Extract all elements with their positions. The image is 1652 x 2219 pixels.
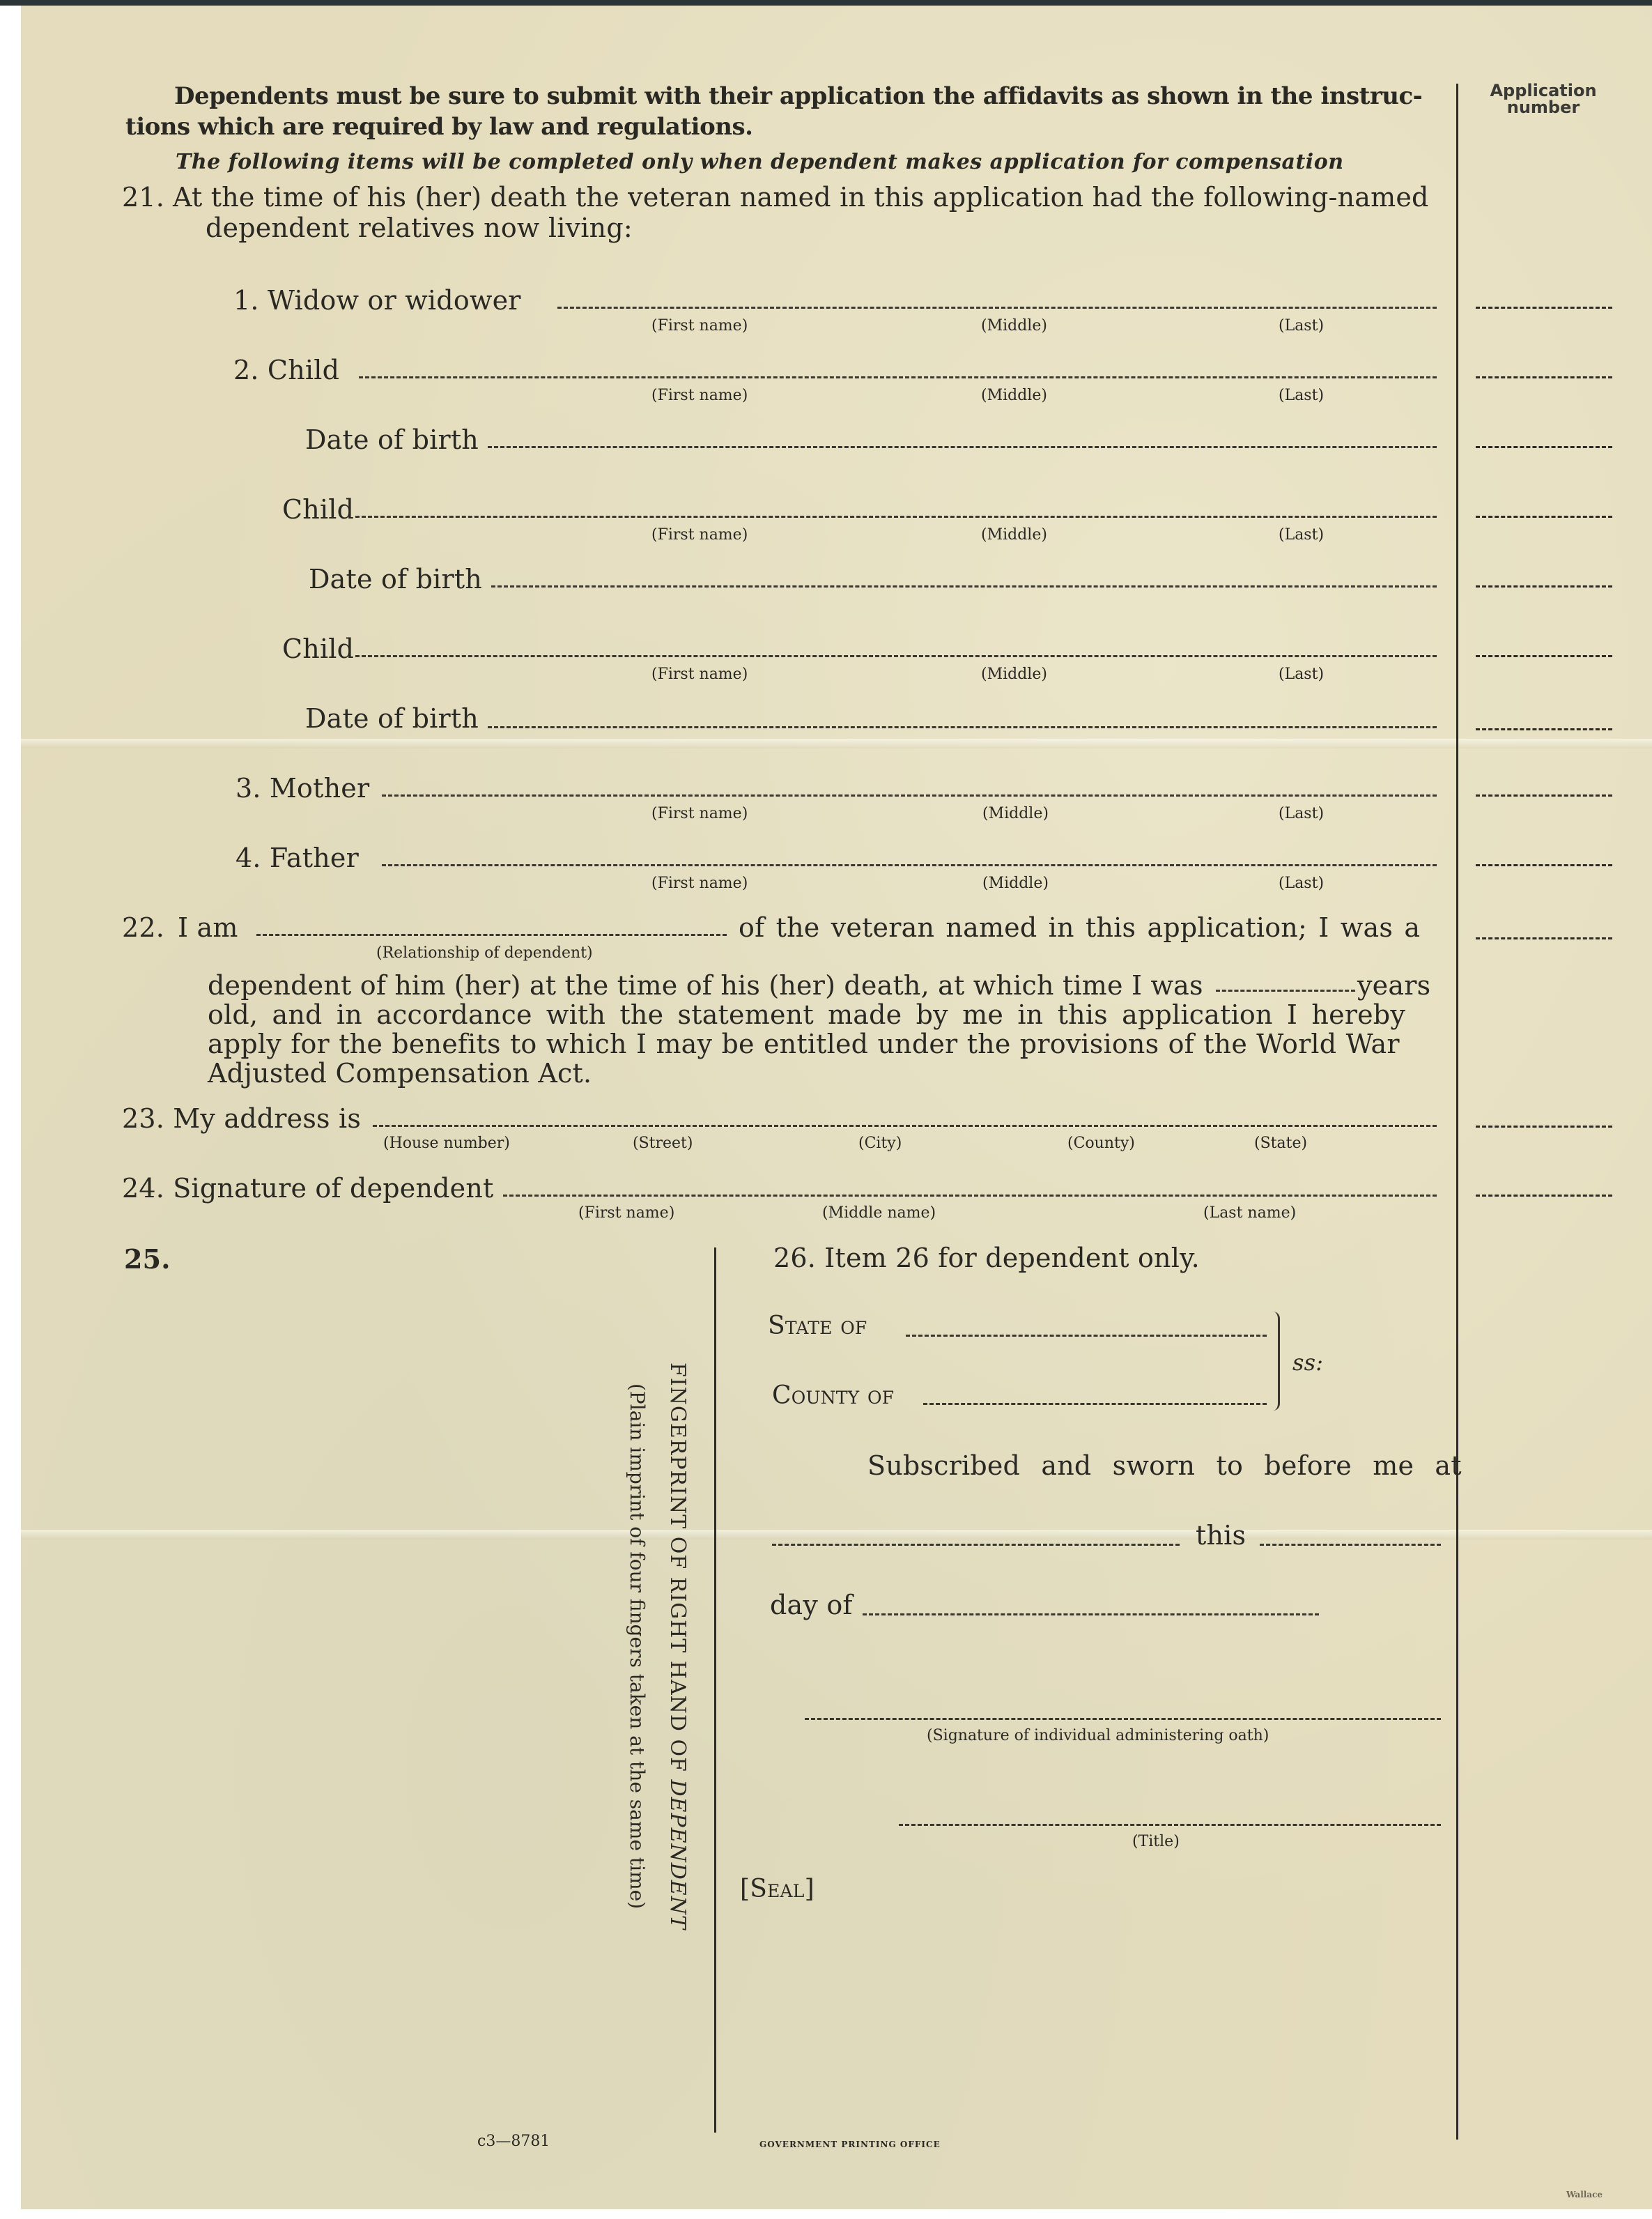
address-field[interactable] (373, 1125, 1437, 1127)
signature-of-dependent-label: 24. Signature of dependent (122, 1174, 494, 1203)
venue-bracket (1269, 1312, 1280, 1411)
first-name-hint: (First name) (651, 666, 748, 683)
item-22-text: of the veteran named in this application… (739, 913, 1420, 942)
state-hint: (State) (1254, 1135, 1307, 1152)
application-number-field-child-2[interactable] (1476, 516, 1612, 518)
application-number-field-address[interactable] (1476, 1126, 1612, 1128)
years-label: years (1357, 971, 1430, 1000)
middle-name-hint: (Middle) (981, 387, 1047, 404)
application-number-field-father[interactable] (1476, 864, 1612, 866)
application-number-field-child-1[interactable] (1476, 376, 1612, 378)
affidavit-notice-line2: tions which are required by law and regu… (125, 113, 752, 141)
application-number-field-mother[interactable] (1476, 794, 1612, 797)
application-number-field-signature[interactable] (1476, 1195, 1612, 1197)
street-hint: (Street) (633, 1135, 693, 1152)
state-of-label: State of (768, 1312, 867, 1341)
mother-label: 3. Mother (236, 774, 369, 803)
child-3-dob-label: Date of birth (305, 704, 479, 733)
last-name-hint: (Last) (1279, 526, 1324, 544)
sworn-day-field[interactable] (1260, 1544, 1441, 1546)
application-number-field-item-22[interactable] (1476, 937, 1612, 939)
city-hint: (City) (858, 1135, 902, 1152)
middle-name-hint: (Middle) (982, 805, 1049, 822)
application-number-header-line2: number (1470, 99, 1616, 116)
child-2-dob-label: Date of birth (309, 565, 482, 594)
middle-name-hint: (Middle) (981, 526, 1047, 544)
application-number-field-child-2-dob[interactable] (1476, 585, 1612, 588)
first-name-hint: (First name) (651, 317, 748, 335)
child-2-dob-field[interactable] (491, 585, 1437, 588)
item-21-text: At the time of his (her) death the veter… (173, 183, 1429, 212)
oath-administrator-signature-field[interactable] (805, 1718, 1441, 1720)
scan-top-edge (0, 0, 1652, 6)
day-of-label: day of (770, 1590, 853, 1620)
seal-label: [Seal] (740, 1875, 815, 1904)
application-number-column-divider (1456, 84, 1458, 2140)
father-label: 4. Father (236, 843, 359, 873)
child-1-name-field[interactable] (359, 376, 1437, 378)
application-number-header: Application number (1470, 82, 1616, 116)
form-code: c3—8781 (477, 2133, 550, 2150)
subscribed-sworn-text: Subscribed and sworn to before me at (867, 1451, 1462, 1480)
title-hint: (Title) (1132, 1833, 1180, 1850)
item-21-text-cont: dependent relatives now living: (206, 213, 633, 243)
item-22-line2: dependent of him (her) at the time of hi… (208, 971, 1203, 1000)
last-name-hint: (Last name) (1203, 1204, 1296, 1222)
item-22-line4: apply for the benefits to which I may be… (208, 1029, 1400, 1059)
item-25-number: 25. (124, 1245, 171, 1274)
fingerprint-area-divider (714, 1247, 716, 2133)
sworn-month-field[interactable] (863, 1613, 1319, 1615)
item-22-line5: Adjusted Compensation Act. (208, 1059, 592, 1088)
first-name-hint: (First name) (578, 1204, 674, 1222)
child-3-name-field[interactable] (355, 655, 1437, 657)
house-number-hint: (House number) (383, 1135, 510, 1152)
application-number-field-widow[interactable] (1476, 307, 1612, 309)
application-number-field-child-1-dob[interactable] (1476, 446, 1612, 448)
ss-label: ss: (1292, 1348, 1323, 1377)
child-3-dob-field[interactable] (488, 726, 1437, 728)
corner-stamp: Wallace (1566, 2190, 1603, 2199)
item-22-line3: old, and in accordance with the statemen… (208, 1000, 1405, 1029)
widow-label: 1. Widow or widower (233, 286, 521, 315)
mother-name-field[interactable] (382, 794, 1437, 797)
paper-fold-crease (21, 739, 1652, 748)
application-number-header-line1: Application (1470, 82, 1616, 99)
middle-name-hint: (Middle name) (822, 1204, 936, 1222)
affidavit-notice: Dependents must be sure to submit with t… (174, 82, 1449, 110)
widow-name-field[interactable] (557, 307, 1437, 309)
last-name-hint: (Last) (1279, 805, 1324, 822)
application-number-field-child-3[interactable] (1476, 655, 1612, 657)
first-name-hint: (First name) (651, 875, 748, 892)
father-name-field[interactable] (382, 864, 1437, 866)
age-field[interactable] (1216, 990, 1355, 992)
relationship-hint: (Relationship of dependent) (376, 944, 593, 962)
item-26-heading: 26. Item 26 for dependent only. (773, 1243, 1200, 1273)
child-2-name-field[interactable] (355, 516, 1437, 518)
first-name-hint: (First name) (651, 387, 748, 404)
affidavit-notice-line1: Dependents must be sure to submit with t… (174, 82, 1449, 110)
last-name-hint: (Last) (1279, 387, 1324, 404)
relationship-field[interactable] (256, 934, 727, 936)
oath-signature-hint: (Signature of individual administering o… (927, 1727, 1269, 1744)
state-of-field[interactable] (906, 1335, 1267, 1337)
signature-of-dependent-field[interactable] (503, 1195, 1437, 1197)
child-2-label: Child (282, 495, 354, 524)
address-label: 23. My address is (122, 1104, 361, 1133)
county-of-label: County of (772, 1381, 894, 1411)
this-label: this (1196, 1521, 1246, 1550)
item-21-number: 21. (122, 183, 164, 212)
compensation-subnotice: The following items will be completed on… (176, 150, 1344, 174)
county-of-field[interactable] (923, 1403, 1267, 1405)
sworn-location-field[interactable] (772, 1544, 1180, 1546)
application-number-field-child-3-dob[interactable] (1476, 728, 1612, 730)
last-name-hint: (Last) (1279, 875, 1324, 892)
fingerprint-imprint-area[interactable] (42, 1275, 697, 2133)
oath-administrator-title-field[interactable] (899, 1824, 1441, 1826)
child-1-dob-field[interactable] (488, 446, 1437, 448)
first-name-hint: (First name) (651, 805, 748, 822)
first-name-hint: (First name) (651, 526, 748, 544)
child-3-label: Child (282, 634, 354, 663)
item-22-lead: I am (178, 913, 238, 942)
last-name-hint: (Last) (1279, 317, 1324, 335)
last-name-hint: (Last) (1279, 666, 1324, 683)
item-22-number: 22. (122, 913, 164, 942)
middle-name-hint: (Middle) (981, 666, 1047, 683)
child-1-dob-label: Date of birth (305, 425, 479, 454)
middle-name-hint: (Middle) (981, 317, 1047, 335)
government-printing-office-imprint: GOVERNMENT PRINTING OFFICE (759, 2140, 941, 2149)
child-1-label: 2. Child (233, 355, 339, 385)
county-hint: (County) (1067, 1135, 1135, 1152)
middle-name-hint: (Middle) (982, 875, 1049, 892)
